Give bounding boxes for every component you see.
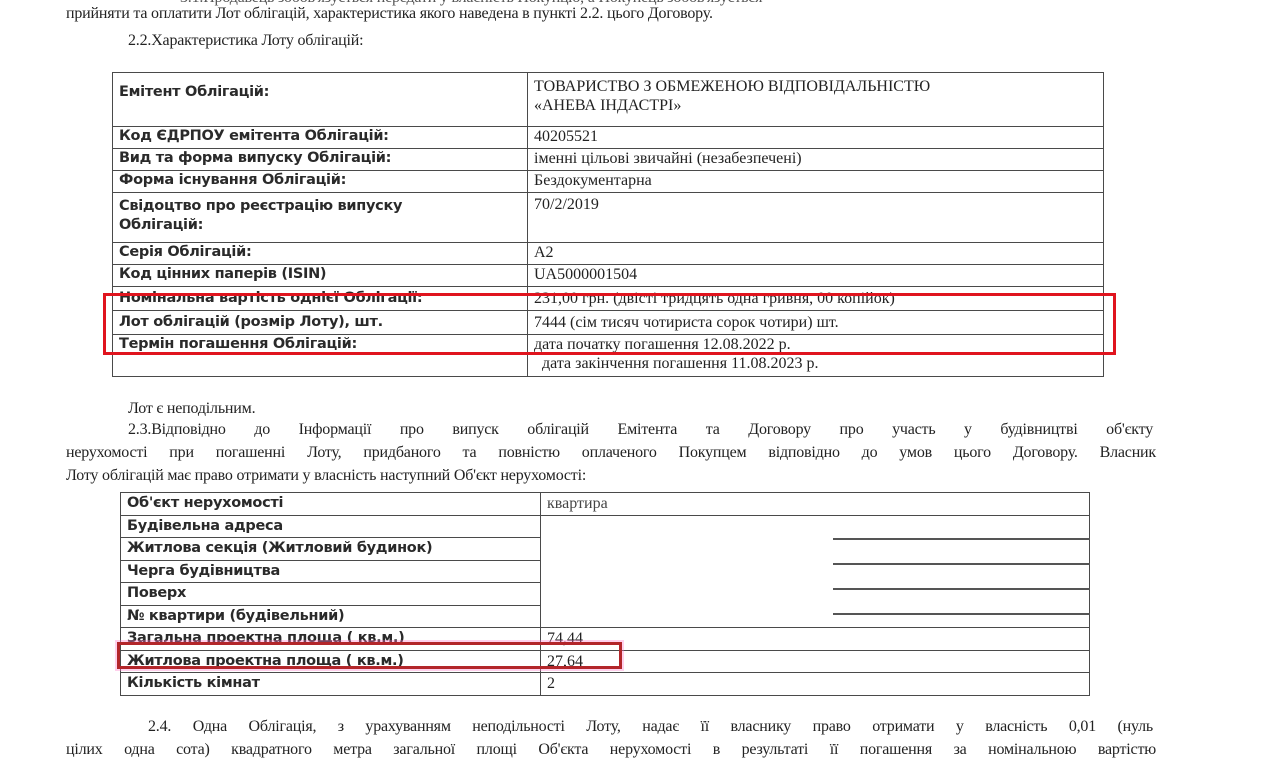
row-label: Код цінних паперів (ISIN) (113, 265, 528, 287)
table-row: Житлова проектна площа ( кв.м.) 27,64 (121, 650, 1090, 673)
section-2-2-heading: 2.2.Характеристика Лоту облігацій: (128, 32, 363, 50)
row-label: Черга будівництва (121, 560, 541, 583)
row-label: Номінальна вартість однієї Облігації: (113, 287, 528, 311)
table-row: Термін погашення Облігацій: дата початку… (113, 335, 1104, 377)
table-row: Серія Облігацій: А2 (113, 243, 1104, 265)
row-label: № квартири (будівельний) (121, 605, 541, 628)
section-2-3-line2: нерухомості при погашенні Лоту, придбано… (66, 444, 1156, 462)
divider (833, 538, 1090, 540)
lot-indivisible-note: Лот є неподільним. (128, 400, 255, 418)
table-row-highlighted: Лот облігацій (розмір Лоту), шт. 7444 (с… (113, 311, 1104, 335)
table-row: Об'єкт нерухомості квартира (121, 493, 1090, 516)
row-value: 7444 (сім тисяч чотириста сорок чотири) … (528, 311, 1104, 335)
table-row: Будівельна адреса (121, 515, 1090, 538)
row-label: Об'єкт нерухомості (121, 493, 541, 516)
section-2-3-line1: 2.3.Відповідно до Інформації про випуск … (128, 421, 1153, 439)
table-row: Кількість кімнат 2 (121, 673, 1090, 696)
row-value: Бездокументарна (528, 171, 1104, 193)
row-value: 27,64 (541, 650, 1090, 673)
row-value: дата початку погашення 12.08.2022 р. дат… (528, 335, 1104, 377)
row-value: іменні цільові звичайні (незабезпечені) (528, 149, 1104, 171)
row-label: Серія Облігацій: (113, 243, 528, 265)
table-row-highlighted: Загальна проектна площа ( кв.м.) 74,44 (121, 628, 1090, 651)
row-label: Кількість кімнат (121, 673, 541, 696)
divider (833, 563, 1090, 565)
row-label: Форма існування Облігацій: (113, 171, 528, 193)
row-value: 2 (541, 673, 1090, 696)
row-label: Термін погашення Облігацій: (113, 335, 528, 377)
section-2-3-line3: Лоту облігацій має право отримати у влас… (66, 467, 586, 485)
table-row: Свідоцтво про реєстрацію випуску Облігац… (113, 193, 1104, 243)
intro-line: прийняти та оплатити Лот облігацій, хара… (66, 5, 713, 23)
row-label: Емітент Облігацій: (113, 73, 528, 127)
row-value: А2 (528, 243, 1104, 265)
property-table: Об'єкт нерухомості квартира Будівельна а… (120, 492, 1090, 696)
divider (833, 588, 1090, 590)
bond-characteristics-table: Емітент Облігацій: ТОВАРИСТВО З ОБМЕЖЕНО… (112, 72, 1104, 377)
table-row-highlighted: Номінальна вартість однієї Облігації: 23… (113, 287, 1104, 311)
row-label: Свідоцтво про реєстрацію випуску Облігац… (113, 193, 528, 243)
table-row: Емітент Облігацій: ТОВАРИСТВО З ОБМЕЖЕНО… (113, 73, 1104, 127)
row-value (541, 515, 1090, 628)
section-2-4-line2: цілих одна сота) квадратного метра загал… (66, 741, 1156, 759)
row-label: Будівельна адреса (121, 515, 541, 538)
row-label: Вид та форма випуску Облігацій: (113, 149, 528, 171)
row-value: 40205521 (528, 127, 1104, 149)
table-row: Вид та форма випуску Облігацій: іменні ц… (113, 149, 1104, 171)
section-2-4-line1: 2.4. Одна Облігація, з урахуванням непод… (148, 718, 1153, 736)
row-label: Житлова проектна площа ( кв.м.) (121, 650, 541, 673)
row-label: Лот облігацій (розмір Лоту), шт. (113, 311, 528, 335)
table-row: Код цінних паперів (ISIN) UA5000001504 (113, 265, 1104, 287)
row-value: 74,44 (541, 628, 1090, 651)
table-row: Код ЄДРПОУ емітента Облігацій: 40205521 (113, 127, 1104, 149)
row-value: ТОВАРИСТВО З ОБМЕЖЕНОЮ ВІДПОВІДАЛЬНІСТЮ … (528, 73, 1104, 127)
divider (833, 613, 1090, 615)
row-label: Поверх (121, 583, 541, 606)
row-value: 231,00 грн. (двісті тридцять одна гривня… (528, 287, 1104, 311)
row-value: 70/2/2019 (528, 193, 1104, 243)
table-row: Форма існування Облігацій: Бездокументар… (113, 171, 1104, 193)
row-label: Код ЄДРПОУ емітента Облігацій: (113, 127, 528, 149)
row-value: квартира (541, 493, 1090, 516)
row-label: Загальна проектна площа ( кв.м.) (121, 628, 541, 651)
row-label: Житлова секція (Житловий будинок) (121, 538, 541, 561)
row-value: UA5000001504 (528, 265, 1104, 287)
